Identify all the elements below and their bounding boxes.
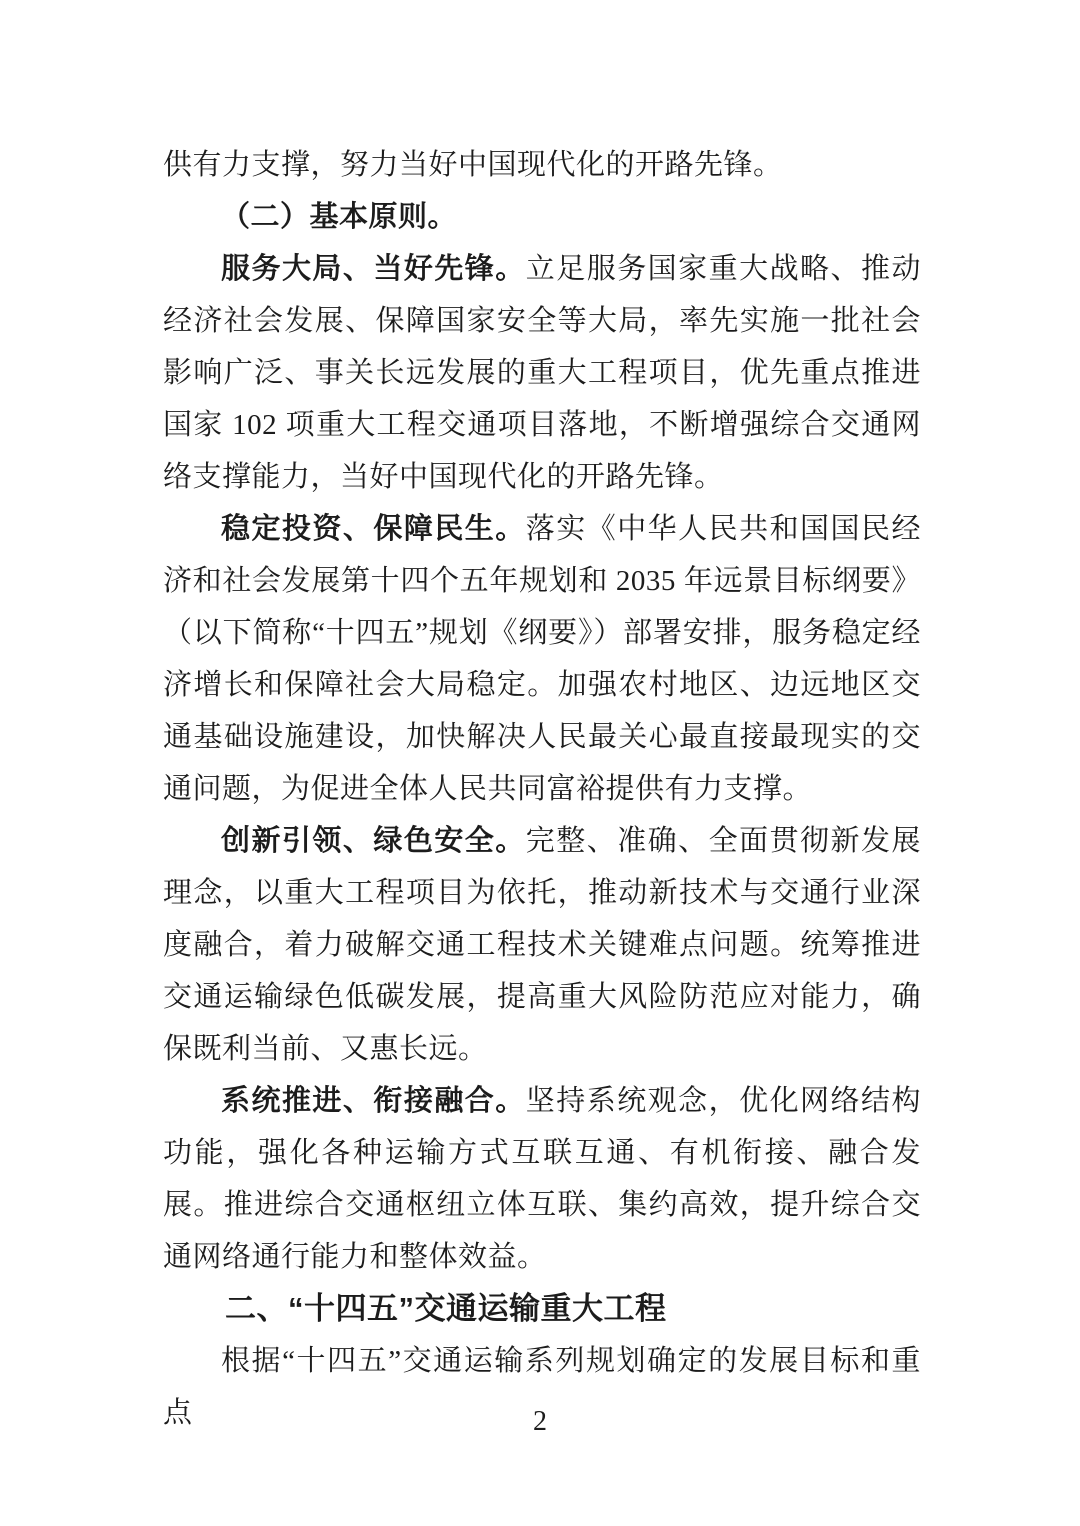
page-number: 2 (0, 1402, 1080, 1442)
paragraph-lead-in: 系统推进、衔接融合。 (221, 1085, 526, 1117)
section-subheading-text: （二）基本原则。 (221, 201, 457, 233)
paragraph-lead-in: 创新引领、绿色安全。 (221, 825, 526, 857)
paragraph-serve-overall: 服务大局、当好先锋。立足服务国家重大战略、推动经济社会发展、保障国家安全等大局，… (163, 243, 921, 503)
section-heading-major-projects: 二、“十四五”交通运输重大工程 (163, 1283, 921, 1335)
paragraph-text: 立足服务国家重大战略、推动经济社会发展、保障国家安全等大局，率先实施一批社会影响… (163, 253, 921, 493)
paragraph-stabilize-investment: 稳定投资、保障民生。落实《中华人民共和国国民经济和社会发展第十四个五年规划和 2… (163, 503, 921, 815)
paragraph-systematic-integration: 系统推进、衔接融合。坚持系统观念，优化网络结构功能，强化各种运输方式互联互通、有… (163, 1075, 921, 1283)
page-content: 供有力支撑，努力当好中国现代化的开路先锋。 （二）基本原则。 服务大局、当好先锋… (163, 139, 921, 1439)
paragraph-text: 完整、准确、全面贯彻新发展理念，以重大工程项目为依托，推动新技术与交通行业深度融… (163, 825, 921, 1065)
document-page: 供有力支撑，努力当好中国现代化的开路先锋。 （二）基本原则。 服务大局、当好先锋… (0, 0, 1080, 1526)
paragraph-text: 落实《中华人民共和国国民经济和社会发展第十四个五年规划和 2035 年远景目标纲… (163, 513, 921, 805)
section-subheading: （二）基本原则。 (163, 191, 921, 243)
paragraph-innovation-green: 创新引领、绿色安全。完整、准确、全面贯彻新发展理念，以重大工程项目为依托，推动新… (163, 815, 921, 1075)
paragraph-continuation: 供有力支撑，努力当好中国现代化的开路先锋。 (163, 139, 921, 191)
paragraph-text: 供有力支撑，努力当好中国现代化的开路先锋。 (163, 149, 783, 181)
paragraph-lead-in: 稳定投资、保障民生。 (221, 513, 526, 545)
paragraph-lead-in: 服务大局、当好先锋。 (221, 253, 526, 285)
section-heading-text: 二、“十四五”交通运输重大工程 (225, 1291, 667, 1326)
